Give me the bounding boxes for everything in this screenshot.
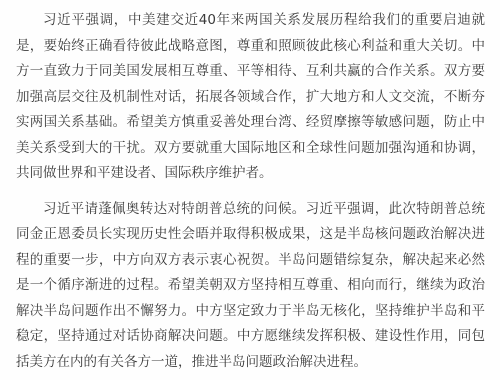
paragraph-us-china-relations: 习近平强调，中美建交近40年来两国关系发展历程给我们的重要启迪就是，要始终正确看… <box>16 8 485 187</box>
document-page: 习近平强调，中美建交近40年来两国关系发展历程给我们的重要启迪就是，要始终正确看… <box>0 0 500 380</box>
article-body: 习近平强调，中美建交近40年来两国关系发展历程给我们的重要启迪就是，要始终正确看… <box>16 8 485 375</box>
paragraph-korean-peninsula: 习近平请蓬佩奥转达对特朗普总统的问候。习近平强调，此次特朗普总统同金正恩委员长实… <box>16 197 485 376</box>
